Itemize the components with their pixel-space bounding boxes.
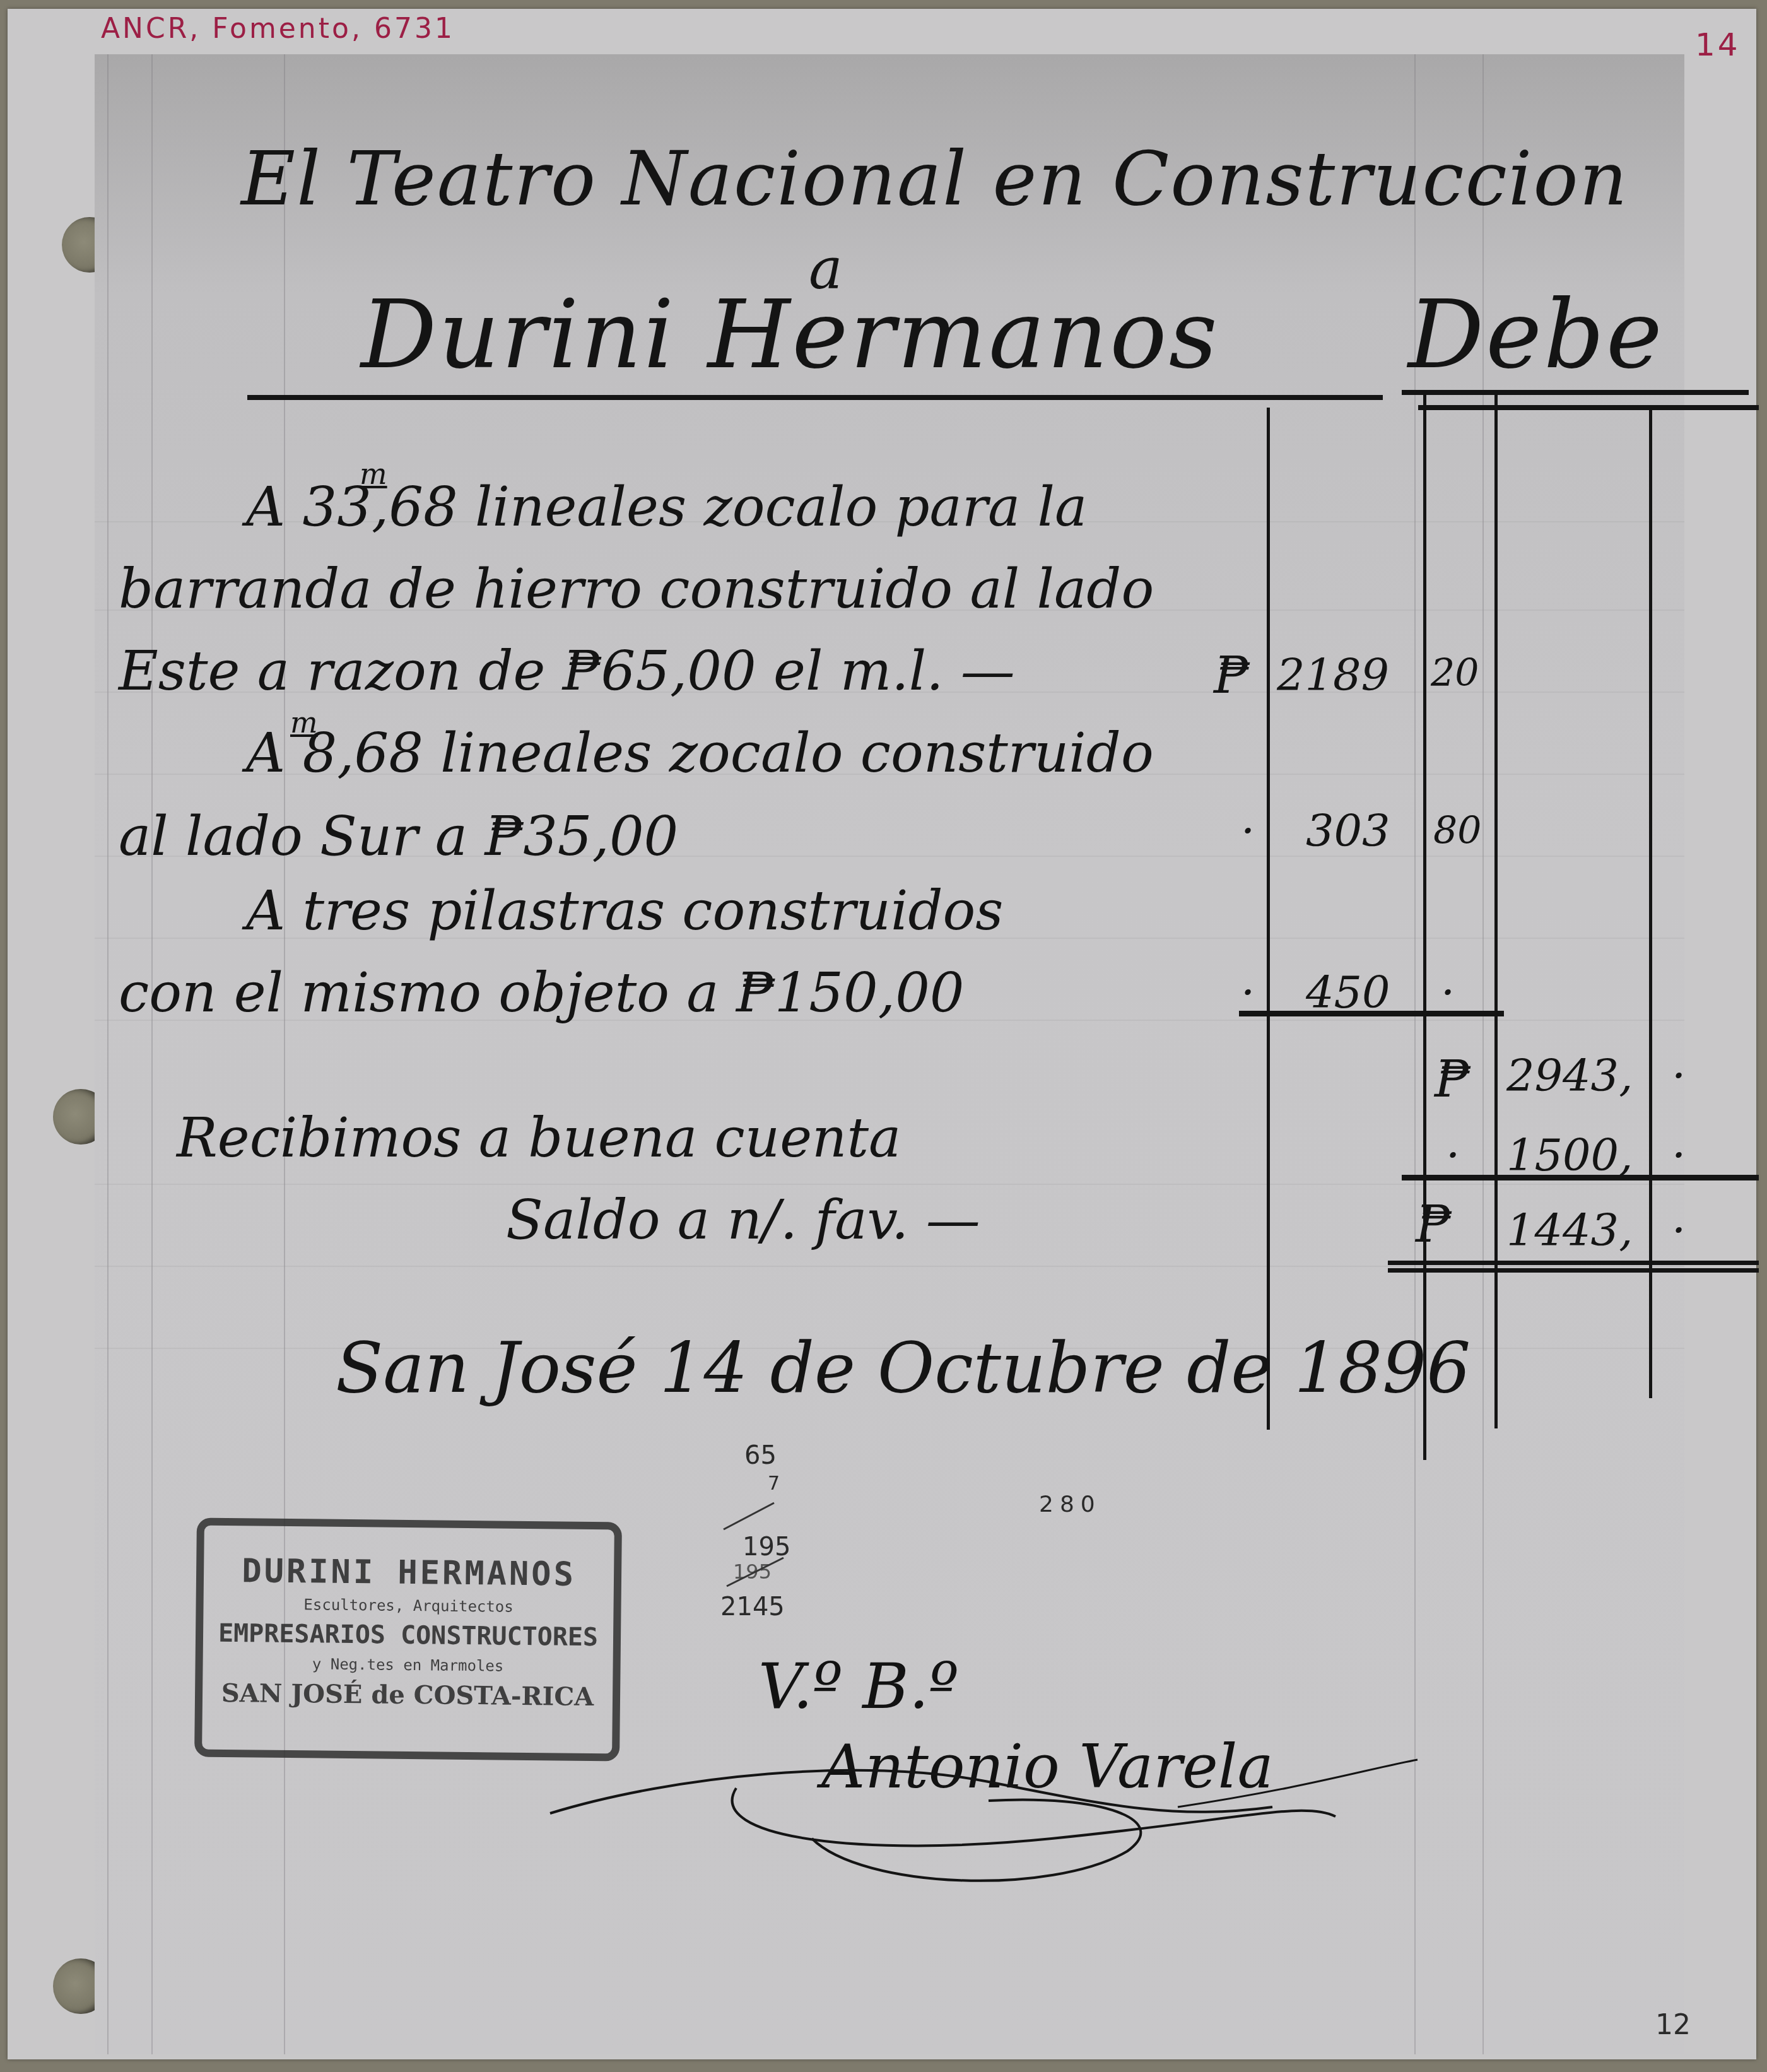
received-label: Recibimos a buena cuenta <box>177 1107 901 1170</box>
balance-label: Saldo a n/. fav. — <box>506 1189 980 1252</box>
double-rule-bottom <box>1388 1268 1759 1273</box>
subtotal-amount: 2943, <box>1506 1050 1633 1102</box>
double-rule-top <box>1388 1261 1759 1265</box>
received-cents: · <box>1672 1129 1686 1181</box>
column-divider <box>1494 394 1498 1428</box>
item2-line2: al lado Sur a ₱35,00 <box>119 805 678 868</box>
column-divider <box>1423 394 1426 1460</box>
item1-cents: 20 <box>1431 651 1479 695</box>
column-divider <box>1649 408 1652 1398</box>
subtotal-cents: · <box>1672 1050 1686 1102</box>
stamp-profession: Escultores, Arquitectos <box>203 1595 613 1617</box>
company-stamp: DURINI HERMANOS Escultores, Arquitectos … <box>194 1517 622 1761</box>
archive-reference: ANCR, Fomento, 6731 <box>101 13 455 45</box>
stamp-trade: y Neg.tes en Marmoles <box>203 1654 613 1676</box>
folio-number: 14 <box>1695 26 1741 63</box>
pencil-side-note: 280 <box>1039 1492 1101 1517</box>
subtotal-rule <box>1239 1011 1504 1016</box>
stamp-city: SAN JOSÉ de COSTA-RICA <box>203 1678 613 1712</box>
column-divider <box>1267 408 1270 1430</box>
stamp-name: DURINI HERMANOS <box>204 1552 614 1594</box>
header-rule-right-top <box>1402 390 1749 395</box>
document-sheet: ANCR, Fomento, 6731 14 El Teatro Naciona… <box>8 9 1756 2059</box>
pencil-calc-line1: 65 <box>744 1441 777 1470</box>
item2-amount: 303 <box>1306 805 1390 857</box>
balance-amount: 1443, <box>1506 1204 1633 1256</box>
item2-line1: A 8,68 lineales zocalo construido <box>246 722 1154 785</box>
balance-currency: ₱ <box>1416 1195 1451 1254</box>
balance-cents: · <box>1672 1204 1686 1256</box>
heading-debe: Debe <box>1408 280 1664 390</box>
item2-unit: m <box>290 705 318 739</box>
pencil-calc-strokes <box>714 1485 872 1611</box>
item2-cents: 80 <box>1433 809 1481 853</box>
header-rule <box>247 395 1383 400</box>
header-rule-right-bottom <box>1418 405 1759 410</box>
item3-line2: con el mismo objeto a ₱150,00 <box>119 962 965 1025</box>
item1-line2: barranda de hierro construido al lado <box>119 558 1154 621</box>
date-line: San José 14 de Octubre de 1896 <box>336 1327 1471 1408</box>
vobo-mark: V.º B.º <box>758 1649 959 1723</box>
item1-currency: ₱ <box>1214 646 1249 705</box>
received-amount: 1500, <box>1506 1129 1633 1181</box>
subtotal-currency: ₱ <box>1435 1050 1470 1109</box>
signature-flourish <box>547 1763 1462 1940</box>
item2-currency: · <box>1241 805 1255 857</box>
heading-firm-name: Durini Hermanos <box>361 280 1219 390</box>
item1-amount: 2189 <box>1277 649 1389 701</box>
page-note: 12 <box>1655 2009 1691 2041</box>
heading-line1: El Teatro Nacional en Construccion <box>241 135 1629 222</box>
received-currency: · <box>1446 1129 1460 1181</box>
item1-unit: m <box>360 457 387 491</box>
balance-rule <box>1402 1175 1759 1180</box>
item1-line3: Este a razon de ₱65,00 el m.l. — <box>119 640 1015 703</box>
stamp-role: EMPRESARIOS CONSTRUCTORES <box>203 1619 613 1652</box>
item3-line1: A tres pilastras construidos <box>246 880 1003 943</box>
